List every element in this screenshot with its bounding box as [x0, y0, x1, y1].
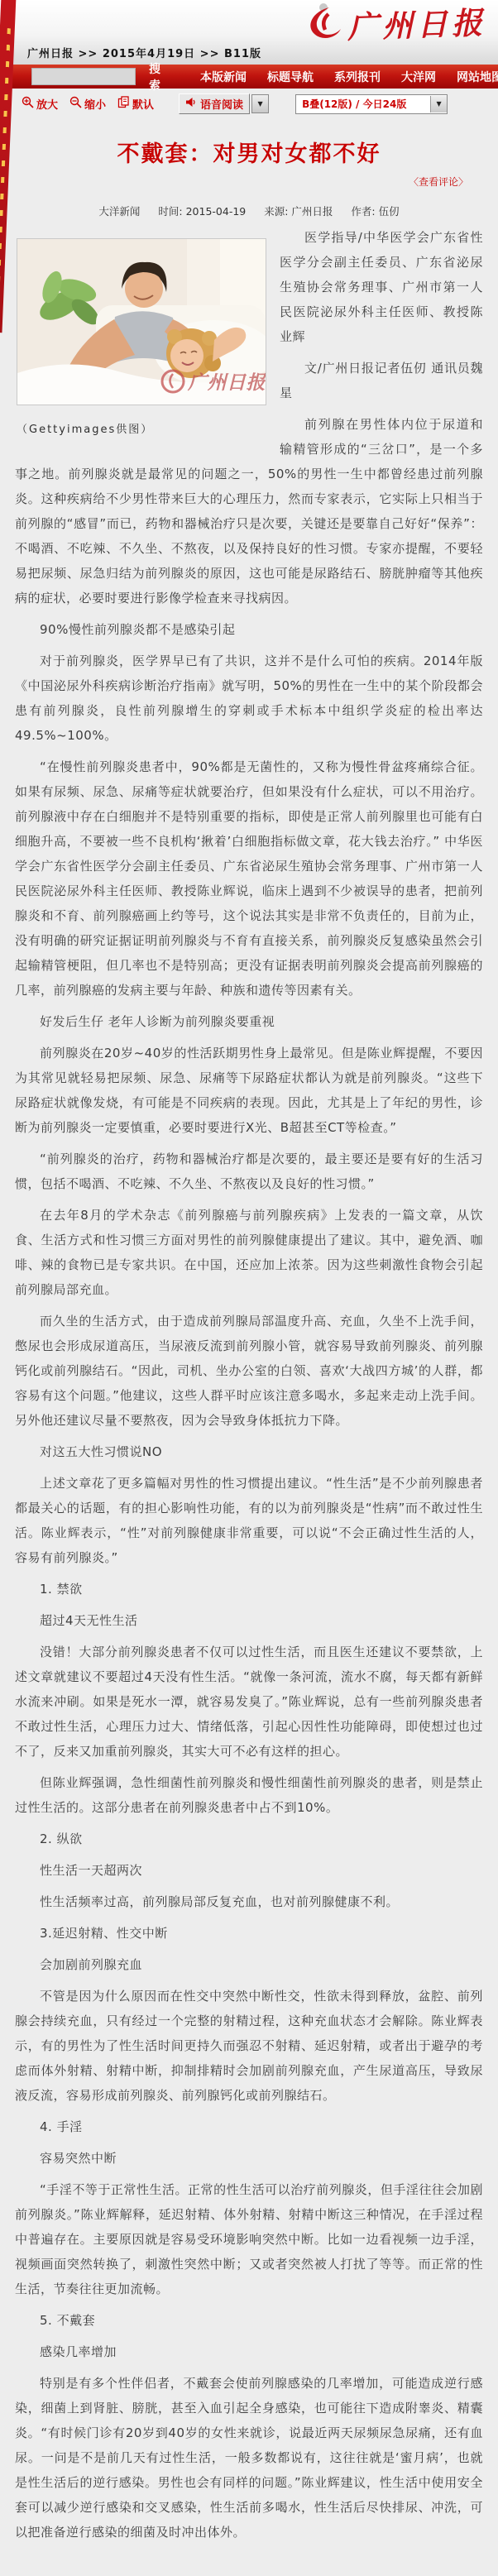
document-copy-icon — [117, 96, 132, 112]
nav-link-bbxw[interactable]: 本版新闻 — [200, 69, 247, 85]
paragraph: 在去年8月的学术杂志《前列腺癌与前列腺疾病》上发表的一篇文章，从饮食、生活方式和… — [15, 1203, 483, 1302]
logo-text: 广州日报 — [347, 7, 486, 43]
section-heading: 容易突然中断 — [15, 2146, 483, 2171]
section-heading: 1. 禁欲 — [15, 1577, 483, 1602]
top-navbar: 搜索 本版新闻 标题导航 系列报刊 大洋网 网站地图 — [0, 65, 498, 89]
nav-link-btdh[interactable]: 标题导航 — [267, 69, 314, 85]
article-photo-illustration: 广州日报 — [17, 239, 266, 405]
paragraph: 没错！大部分前列腺炎患者不仅可以过性生活，而且医生还建议不要禁欲，上述文章就建议… — [15, 1640, 483, 1764]
paragraph: 对于前列腺炎，医学界早已有了共识，这并不是什么可怕的疾病。2014年版《中国泌尿… — [15, 649, 483, 748]
section-heading: 会加剧前列腺充血 — [15, 1952, 483, 1977]
speaker-icon — [185, 97, 197, 111]
newspaper-logo[interactable]: 广州日报 — [303, 2, 486, 48]
edition-select[interactable]: B叠(12版) / 今日24版 ▼ — [295, 94, 448, 114]
zoom-in-button[interactable]: 放大 — [22, 96, 58, 112]
paragraph: “前列腺炎的治疗，药物和器械治疗都是次要的，最主要还是要有好的生活习惯，包括不喝… — [15, 1147, 483, 1196]
paragraph: 不管是因为什么原因而在性交中突然中断性交，性欲未得到释放，盆腔、前列腺会持续充血… — [15, 1984, 483, 2108]
section-heading: 超过4天无性生活 — [15, 1608, 483, 1633]
paragraph: 前列腺炎在20岁~40岁的性活跃期男性身上最常见。但是陈业辉提醒，不要因为其常见… — [15, 1041, 483, 1140]
page-toolbar: 放大 缩小 默认 语音阅读 ▼ B叠(12版) / 今日24版 ▼ — [0, 89, 498, 119]
paragraph: “手淫不等于正常性生活。正常的性生活可以治疗前列腺炎，但手淫往往会加剧前列腺炎。… — [15, 2177, 483, 2301]
photo-block: 广州日报 （Gettyimages供图） — [17, 238, 266, 443]
nav-link-xlbk[interactable]: 系列报刊 — [334, 69, 381, 85]
zoom-out-label: 缩小 — [84, 96, 106, 112]
zoom-out-button[interactable]: 缩小 — [69, 96, 106, 112]
section-heading: 5. 不戴套 — [15, 2308, 483, 2333]
view-comments-link[interactable]: 〈查看评论〉 — [409, 176, 468, 188]
nav-link-dyw[interactable]: 大洋网 — [401, 69, 436, 85]
article: 不戴套：对男对女都不好 〈查看评论〉 大洋新闻 时间: 2015-04-19 来… — [0, 136, 498, 2576]
photo-caption: （Gettyimages供图） — [17, 418, 266, 443]
paragraph: 特别是有多个性伴侣者，不戴套会使前列腺感染的几率增加，可能造成逆行感染，细菌上到… — [15, 2371, 483, 2545]
paragraph: “在慢性前列腺炎患者中，90%都是无菌性的，又称为慢性骨盆疼痛综合征。如果有尿频… — [15, 754, 483, 1003]
section-heading: 感染几率增加 — [15, 2339, 483, 2364]
paragraph: 性生活频率过高，前列腺局部反复充血，也对前列腺健康不利。 — [15, 1889, 483, 1914]
section-heading: 3.延迟射精、性交中断 — [15, 1921, 483, 1946]
byline-author: 作者: 伍仞 — [351, 205, 399, 218]
voice-reading-button[interactable]: 语音阅读 — [179, 93, 250, 114]
default-size-button[interactable]: 默认 — [117, 96, 154, 112]
byline-agency: 大洋新闻 — [98, 205, 140, 218]
article-content: 广州日报 （Gettyimages供图） 医学指导/中华医学会广东省性医学分会副… — [0, 225, 498, 2576]
section-heading: 4. 手淫 — [15, 2114, 483, 2139]
section-heading: 性生活一天超两次 — [15, 1858, 483, 1883]
search-input[interactable] — [31, 68, 136, 85]
masthead: 广州日报 广州日报 >> 2015年4月19日 >> B11版 — [0, 0, 498, 65]
paragraph: 但陈业辉强调，急性细菌性前列腺炎和慢性细菌性前列腺炎的患者，则是禁止过性生活的。… — [15, 1770, 483, 1820]
breadcrumb[interactable]: 广州日报 >> 2015年4月19日 >> B11版 — [27, 45, 261, 60]
svg-text:广州日报: 广州日报 — [187, 371, 266, 394]
edition-dropdown-arrow[interactable]: ▼ — [430, 96, 447, 113]
voice-dropdown-arrow[interactable]: ▼ — [251, 94, 269, 113]
section-heading: 对这五大性习惯说NO — [15, 1439, 483, 1464]
paragraph: 而久坐的生活方式，由于造成前列腺局部温度升高、充血，久坐不上洗手间，憋尿也会形成… — [15, 1309, 483, 1433]
article-photo: 广州日报 — [17, 238, 266, 405]
search-button[interactable]: 搜索 — [149, 60, 160, 93]
default-size-label: 默认 — [132, 96, 154, 112]
nav-links: 本版新闻 标题导航 系列报刊 大洋网 网站地图 — [200, 69, 498, 85]
byline: 大洋新闻 时间: 2015-04-19 来源: 广州日报 作者: 伍仞 — [0, 203, 498, 218]
article-title: 不戴套：对男对女都不好 — [0, 136, 498, 168]
paragraph: 上述文章花了更多篇幅对男性的性习惯提出建议。“性生活”是不少前列腺患者都最关心的… — [15, 1471, 483, 1570]
zoom-in-label: 放大 — [36, 96, 58, 112]
nav-link-wzdt[interactable]: 网站地图 — [457, 69, 498, 85]
section-heading: 2. 纵欲 — [15, 1827, 483, 1851]
section-heading: 好发后生仔 老年人诊断为前列腺炎要重视 — [15, 1009, 483, 1034]
logo-swirl-icon — [303, 2, 347, 48]
magnifier-minus-icon — [69, 96, 84, 112]
edition-select-value: B叠(12版) / 今日24版 — [296, 97, 406, 111]
byline-source[interactable]: 来源: 广州日报 — [264, 205, 333, 218]
comments-row: 〈查看评论〉 — [0, 173, 498, 189]
voice-reading-label: 语音阅读 — [200, 96, 243, 112]
magnifier-plus-icon — [22, 96, 36, 112]
byline-time: 时间: 2015-04-19 — [158, 205, 246, 218]
section-heading: 90%慢性前列腺炎都不是感染引起 — [15, 617, 483, 642]
